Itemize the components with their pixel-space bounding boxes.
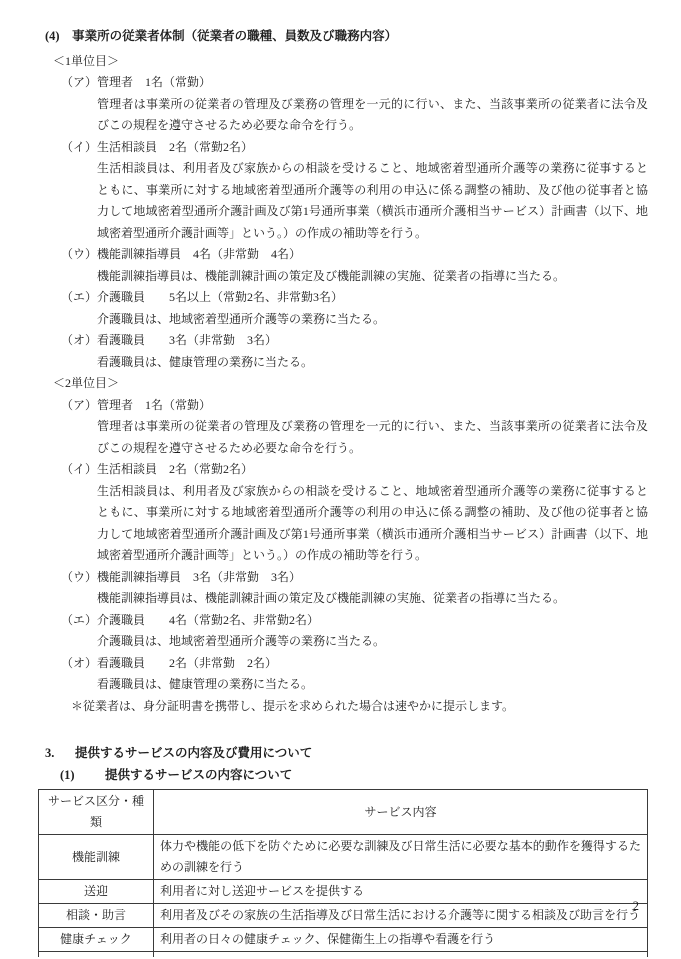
document-page: (4) 事業所の従業者体制（従業者の職種、員数及び職務内容） ＜1単位目＞ （ア…	[0, 0, 681, 959]
service-category-cell: 送迎	[39, 880, 154, 904]
service-table-row: 機能訓練 体力や機能の低下を防ぐために必要な訓練及び日常生活に必要な基本的動作を…	[39, 835, 648, 880]
staff-item-title: 機能訓練指導員 3名（非常勤 3名）	[97, 567, 648, 589]
section-services: 3. 提供するサービスの内容及び費用について (1) 提供するサービスの内容につ…	[45, 743, 648, 957]
staff-item: （オ） 看護職員 3名（非常勤 3名） 看護職員は、健康管理の業務に当たる。	[45, 330, 648, 373]
staff-item-description: 介護職員は、地域密着型通所介護等の業務に当たる。	[97, 309, 648, 331]
service-table-row: 相談・助言 利用者及びその家族の生活指導及び日常生活における介護等に関する相談及…	[39, 904, 648, 928]
services-section-number: 3.	[45, 743, 75, 765]
staff-item: （エ） 介護職員 4名（常勤2名、非常勤2名） 介護職員は、地域密着型通所介護等…	[45, 610, 648, 653]
staff-item-description: 介護職員は、地域密着型通所介護等の業務に当たる。	[97, 631, 648, 653]
services-table-header-row: サービス区分・種類 サービス内容	[39, 790, 648, 835]
staff-item-description: 管理者は事業所の従業者の管理及び業務の管理を一元的に行い、また、当該事業所の従業…	[97, 416, 648, 459]
staff-item-label: （オ）	[61, 653, 97, 696]
section-employee-structure: (4) 事業所の従業者体制（従業者の職種、員数及び職務内容） ＜1単位目＞ （ア…	[45, 26, 648, 717]
staff-item: （オ） 看護職員 2名（非常勤 2名） 看護職員は、健康管理の業務に当たる。	[45, 653, 648, 696]
staff-unit: ＜1単位目＞ （ア） 管理者 1名（常勤） 管理者は事業所の従業者の管理及び業務…	[45, 51, 648, 374]
staff-item-title: 機能訓練指導員 4名（非常勤 4名）	[97, 244, 648, 266]
services-table-header-content: サービス内容	[154, 790, 648, 835]
staff-unit-title: ＜2単位目＞	[45, 373, 648, 395]
staff-item-label: （ウ）	[61, 567, 97, 610]
services-section-heading: 提供するサービスの内容及び費用について	[75, 743, 312, 765]
service-category-cell: 機能訓練	[39, 835, 154, 880]
service-description-cell: 利用者に対し送迎サービスを提供する	[154, 880, 648, 904]
table-stub-column-divider	[153, 952, 154, 957]
staff-item-description: 管理者は事業所の従業者の管理及び業務の管理を一元的に行い、また、当該事業所の従業…	[97, 94, 648, 137]
staff-item-label: （ア）	[61, 395, 97, 460]
staff-item: （ア） 管理者 1名（常勤） 管理者は事業所の従業者の管理及び業務の管理を一元的…	[45, 72, 648, 137]
table-continuation-stub	[38, 952, 648, 957]
staff-unit-items: （ア） 管理者 1名（常勤） 管理者は事業所の従業者の管理及び業務の管理を一元的…	[45, 395, 648, 696]
staff-item: （ア） 管理者 1名（常勤） 管理者は事業所の従業者の管理及び業務の管理を一元的…	[45, 395, 648, 460]
staff-item-description: 機能訓練指導員は、機能訓練計画の策定及び機能訓練の実施、従業者の指導に当たる。	[97, 588, 648, 610]
staff-item-title: 介護職員 4名（常勤2名、非常勤2名）	[97, 610, 648, 632]
table-stub-left-border	[38, 952, 39, 957]
staff-item-description: 看護職員は、健康管理の業務に当たる。	[97, 352, 648, 374]
staff-item-title: 生活相談員 2名（常勤2名）	[97, 459, 648, 481]
staff-item-label: （イ）	[61, 137, 97, 245]
staff-item: （イ） 生活相談員 2名（常勤2名） 生活相談員は、利用者及び家族からの相談を受…	[45, 137, 648, 245]
service-table-row: 健康チェック 利用者の日々の健康チェック、保健衛生上の指導や看護を行う	[39, 928, 648, 952]
staff-item-title: 生活相談員 2名（常勤2名）	[97, 137, 648, 159]
staff-item-title: 管理者 1名（常勤）	[97, 72, 648, 94]
services-subsection-heading: 提供するサービスの内容について	[105, 765, 292, 787]
staff-units: ＜1単位目＞ （ア） 管理者 1名（常勤） 管理者は事業所の従業者の管理及び業務…	[45, 51, 648, 696]
services-subsection-number: (1)	[60, 765, 105, 787]
staff-item-label: （ウ）	[61, 244, 97, 287]
staff-item-label: （ア）	[61, 72, 97, 137]
service-description-cell: 利用者の日々の健康チェック、保健衛生上の指導や看護を行う	[154, 928, 648, 952]
staff-item-label: （エ）	[61, 610, 97, 653]
staff-unit-title: ＜1単位目＞	[45, 51, 648, 73]
employee-structure-heading: (4) 事業所の従業者体制（従業者の職種、員数及び職務内容）	[45, 26, 648, 48]
service-table-row: 送迎 利用者に対し送迎サービスを提供する	[39, 880, 648, 904]
page-number: 2	[633, 896, 639, 918]
staff-item-title: 看護職員 2名（非常勤 2名）	[97, 653, 648, 675]
staff-item: （エ） 介護職員 5名以上（常勤2名、非常勤3名） 介護職員は、地域密着型通所介…	[45, 287, 648, 330]
service-description-cell: 体力や機能の低下を防ぐために必要な訓練及び日常生活に必要な基本的動作を獲得するた…	[154, 835, 648, 880]
staff-item-title: 管理者 1名（常勤）	[97, 395, 648, 417]
service-category-cell: 健康チェック	[39, 928, 154, 952]
service-description-cell: 利用者及びその家族の生活指導及び日常生活における介護等に関する相談及び助言を行う	[154, 904, 648, 928]
service-category-cell: 相談・助言	[39, 904, 154, 928]
staff-item-title: 看護職員 3名（非常勤 3名）	[97, 330, 648, 352]
services-table: サービス区分・種類 サービス内容 機能訓練 体力や機能の低下を防ぐために必要な訓…	[38, 789, 648, 952]
staff-item: （ウ） 機能訓練指導員 4名（非常勤 4名） 機能訓練指導員は、機能訓練計画の策…	[45, 244, 648, 287]
staff-item-title: 介護職員 5名以上（常勤2名、非常勤3名）	[97, 287, 648, 309]
table-stub-right-border	[647, 952, 648, 957]
staff-item: （イ） 生活相談員 2名（常勤2名） 生活相談員は、利用者及び家族からの相談を受…	[45, 459, 648, 567]
id-card-note: ＊従業者は、身分証明書を携帯し、提示を求められた場合は速やかに提示します。	[45, 696, 648, 718]
services-subheading-row: (1) 提供するサービスの内容について	[45, 765, 648, 787]
services-table-header-category: サービス区分・種類	[39, 790, 154, 835]
staff-item-description: 看護職員は、健康管理の業務に当たる。	[97, 674, 648, 696]
staff-item-label: （オ）	[61, 330, 97, 373]
staff-unit: ＜2単位目＞ （ア） 管理者 1名（常勤） 管理者は事業所の従業者の管理及び業務…	[45, 373, 648, 696]
staff-item-description: 生活相談員は、利用者及び家族からの相談を受けること、地域密着型通所介護等の業務に…	[97, 158, 648, 244]
staff-item-description: 生活相談員は、利用者及び家族からの相談を受けること、地域密着型通所介護等の業務に…	[97, 481, 648, 567]
staff-item-description: 機能訓練指導員は、機能訓練計画の策定及び機能訓練の実施、従業者の指導に当たる。	[97, 266, 648, 288]
staff-item-label: （イ）	[61, 459, 97, 567]
services-heading-row: 3. 提供するサービスの内容及び費用について	[45, 743, 648, 765]
staff-item: （ウ） 機能訓練指導員 3名（非常勤 3名） 機能訓練指導員は、機能訓練計画の策…	[45, 567, 648, 610]
staff-unit-items: （ア） 管理者 1名（常勤） 管理者は事業所の従業者の管理及び業務の管理を一元的…	[45, 72, 648, 373]
staff-item-label: （エ）	[61, 287, 97, 330]
